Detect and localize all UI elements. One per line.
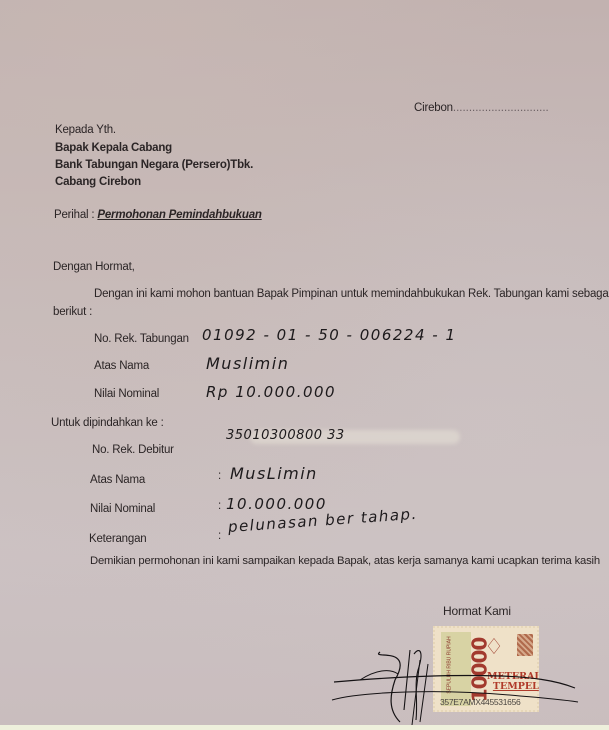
recipient-line-2: Bank Tabungan Negara (Persero)Tbk.: [55, 159, 253, 171]
perihal: Perihal : Permohonan Pemindahbukuan: [54, 209, 262, 221]
source-field-value-name: Muslimin: [206, 354, 289, 373]
source-field-value-nominal: Rp 10.000.000: [206, 383, 336, 401]
transfer-to-label: Untuk dipindahkan ke :: [51, 417, 164, 429]
perihal-label: Perihal :: [54, 209, 94, 221]
place-date: Cirebon..............................: [414, 102, 549, 114]
source-field-label-account: No. Rek. Tabungan: [94, 333, 189, 345]
recipient-line-1: Bapak Kepala Cabang: [55, 142, 172, 154]
dest-field-value-name: MusLimin: [230, 464, 318, 483]
recipient-line-3: Cabang Cirebon: [55, 176, 141, 188]
dest-field-label-account: No. Rek. Debitur: [92, 444, 174, 456]
recipient-salutation: Kepada Yth.: [55, 124, 116, 136]
dest-field-value-account: 35010300800 33: [226, 428, 345, 443]
intro-line-2: berikut :: [53, 306, 92, 318]
place-label: Cirebon: [414, 102, 453, 114]
dest-field-label-name: Atas Nama: [90, 474, 145, 486]
signature: [320, 640, 580, 730]
source-field-label-name: Atas Nama: [94, 360, 149, 372]
source-field-label-nominal: Nilai Nominal: [94, 388, 159, 400]
date-blank: ..............................: [453, 102, 549, 114]
perihal-subject: Permohonan Pemindahbukuan: [97, 209, 261, 221]
source-field-value-account: 01092 - 01 - 50 - 006224 - 1: [202, 326, 457, 344]
dest-colon-nominal: :: [218, 500, 221, 512]
intro-line-1: Dengan ini kami mohon bantuan Bapak Pimp…: [94, 288, 609, 300]
dest-field-label-nominal: Nilai Nominal: [90, 503, 155, 515]
signoff: Hormat Kami: [443, 604, 511, 618]
dest-field-value-nominal: 10.000.000: [226, 495, 327, 513]
dest-colon-note: :: [218, 530, 221, 542]
dest-field-label-note: Keterangan: [89, 533, 146, 545]
closing-paragraph: Demikian permohonan ini kami sampaikan k…: [90, 555, 600, 567]
greeting: Dengan Hormat,: [53, 261, 135, 273]
dest-colon-name: :: [218, 470, 221, 482]
